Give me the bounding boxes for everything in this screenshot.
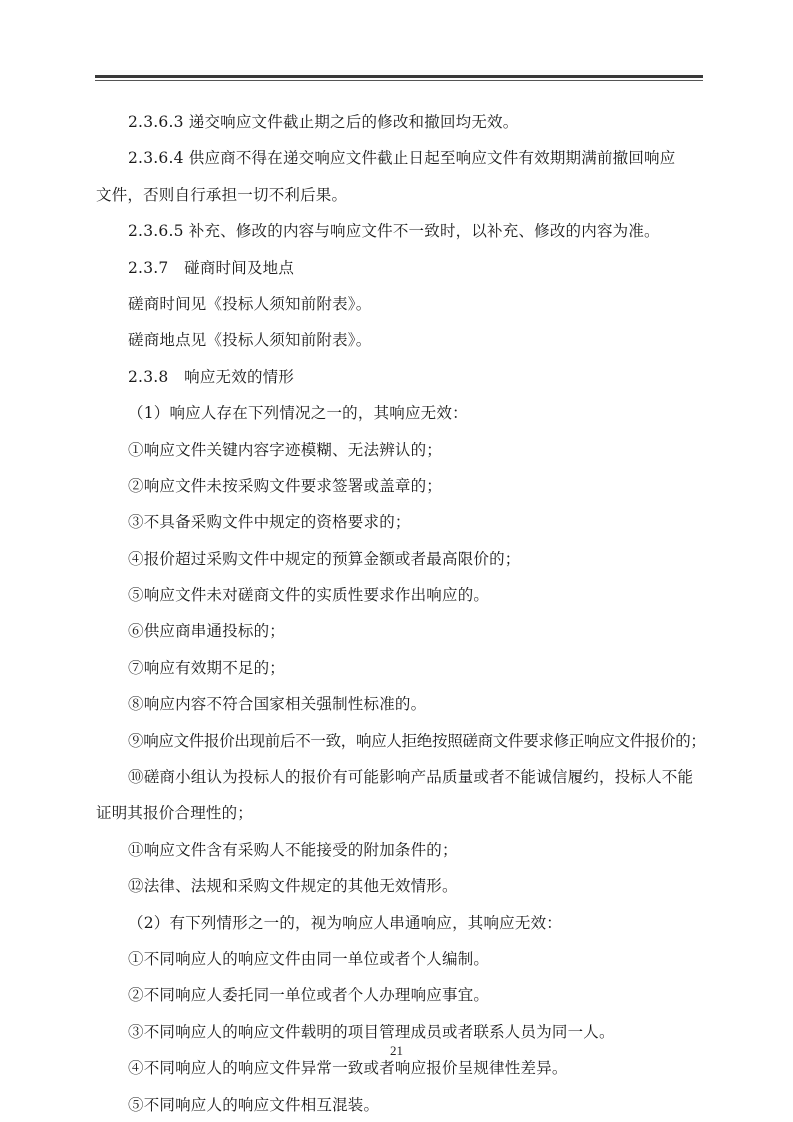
list-item: ①响应文件关键内容字迹模糊、无法辨认的； bbox=[96, 432, 703, 468]
consultation-location: 磋商地点见《投标人须知前附表》。 bbox=[96, 322, 703, 358]
subsection-2-intro: （2）有下列情形之一的，视为响应人串通响应，其响应无效： bbox=[96, 905, 703, 941]
list-item: ③不具备采购文件中规定的资格要求的； bbox=[96, 504, 703, 540]
page-number: 21 bbox=[0, 1043, 793, 1059]
clause-2-3-6-5: 2.3.6.5 补充、修改的内容与响应文件不一致时，以补充、修改的内容为准。 bbox=[96, 213, 703, 249]
list-item: ⑩磋商小组认为投标人的报价有可能影响产品质量或者不能诚信履约，投标人不能 bbox=[96, 759, 703, 795]
subsection-1-intro: （1）响应人存在下列情况之一的，其响应无效： bbox=[96, 395, 703, 431]
list-item: ⑫法律、法规和采购文件规定的其他无效情形。 bbox=[96, 868, 703, 904]
clause-2-3-6-4: 2.3.6.4 供应商不得在递交响应文件截止日起至响应文件有效期期满前撤回响应 bbox=[96, 140, 703, 176]
clause-2-3-6-3: 2.3.6.3 递交响应文件截止期之后的修改和撤回均无效。 bbox=[96, 104, 703, 140]
list-item: ②不同响应人委托同一单位或者个人办理响应事宜。 bbox=[96, 977, 703, 1013]
list-item: ②响应文件未按采购文件要求签署或盖章的； bbox=[96, 468, 703, 504]
clause-2-3-6-4-continued: 文件，否则自行承担一切不利后果。 bbox=[96, 177, 703, 213]
list-item: ⑪响应文件含有采购人不能接受的附加条件的； bbox=[96, 832, 703, 868]
list-item: ①不同响应人的响应文件由同一单位或者个人编制。 bbox=[96, 941, 703, 977]
section-heading-2-3-7: 2.3.7 碰商时间及地点 bbox=[96, 250, 703, 286]
document-body: 2.3.6.3 递交响应文件截止期之后的修改和撤回均无效。 2.3.6.4 供应… bbox=[96, 104, 703, 1122]
list-item: ⑦响应有效期不足的； bbox=[96, 650, 703, 686]
list-item: ⑥供应商串通投标的； bbox=[96, 613, 703, 649]
list-item-continued: 证明其报价合理性的； bbox=[96, 795, 703, 831]
header-rule-thin bbox=[95, 80, 703, 81]
section-heading-2-3-8: 2.3.8 响应无效的情形 bbox=[96, 359, 703, 395]
list-item: ⑤响应文件未对磋商文件的实质性要求作出响应的。 bbox=[96, 577, 703, 613]
list-item: ④报价超过采购文件中规定的预算金额或者最高限价的； bbox=[96, 541, 703, 577]
consultation-time: 磋商时间见《投标人须知前附表》。 bbox=[96, 286, 703, 322]
list-item: ⑧响应内容不符合国家相关强制性标准的。 bbox=[96, 686, 703, 722]
list-item: ⑨响应文件报价出现前后不一致，响应人拒绝按照磋商文件要求修正响应文件报价的； bbox=[96, 723, 703, 759]
list-item: ⑤不同响应人的响应文件相互混装。 bbox=[96, 1087, 703, 1122]
header-rule-thick bbox=[95, 75, 703, 78]
